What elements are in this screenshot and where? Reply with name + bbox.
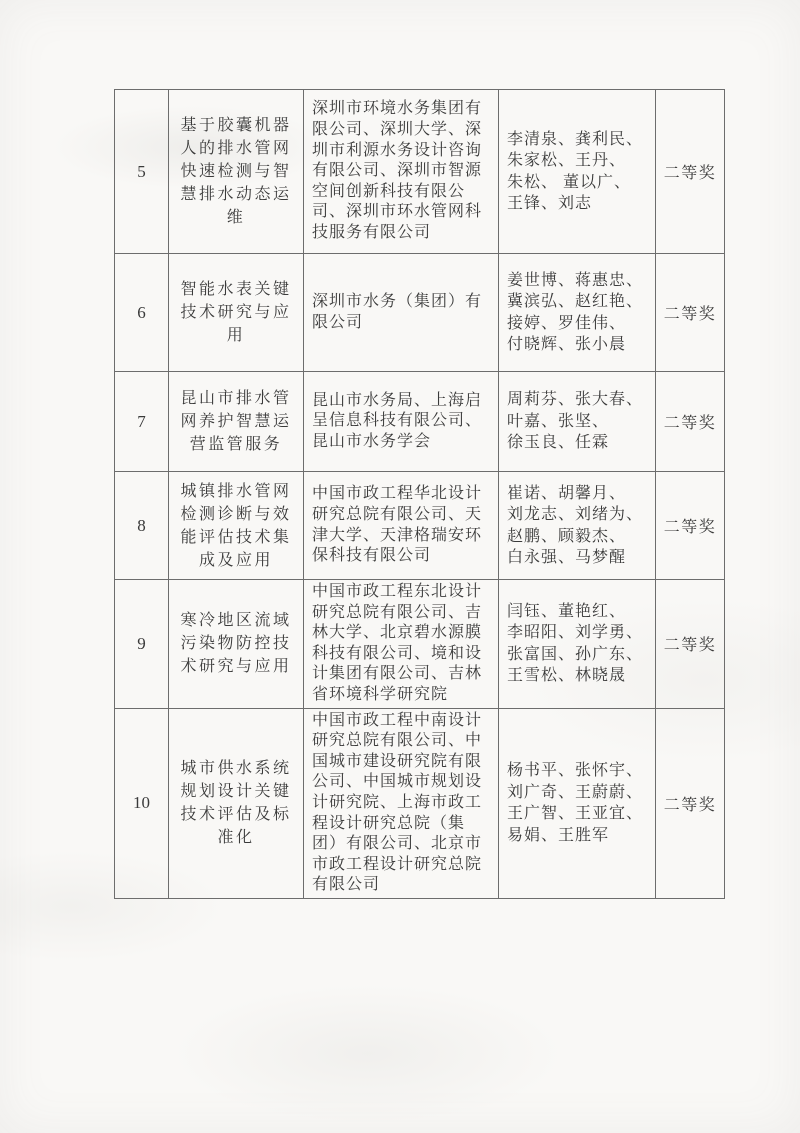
table-row: 8 城镇排水管网 检测诊断与效 能评估技术集 成及应用 中国市政工程华北设计 研…	[115, 472, 725, 580]
table-row: 5 基于胶囊机器 人的排水管网 快速检测与智 慧排水动态运 维 深圳市环境水务集…	[115, 90, 725, 254]
people-cell: 杨书平、张怀宇、 刘广奇、王蔚蔚、 王广智、王亚宜、 易娟、王胜军	[499, 708, 656, 898]
table-row: 6 智能水表关键 技术研究与应 用 深圳市水务（集团）有 限公司 姜世博、蒋惠忠…	[115, 254, 725, 372]
organizations-cell: 深圳市水务（集团）有 限公司	[304, 254, 499, 372]
row-number-cell: 10	[115, 708, 169, 898]
project-title-cell: 城镇排水管网 检测诊断与效 能评估技术集 成及应用	[169, 472, 304, 580]
organizations-cell: 中国市政工程华北设计 研究总院有限公司、天 津大学、天津格瑞安环 保科技有限公司	[304, 472, 499, 580]
row-number-cell: 6	[115, 254, 169, 372]
organizations-cell: 中国市政工程中南设计 研究总院有限公司、中 国城市建设研究院有限 公司、中国城市…	[304, 708, 499, 898]
scanned-page: 5 基于胶囊机器 人的排水管网 快速检测与智 慧排水动态运 维 深圳市环境水务集…	[0, 0, 800, 1133]
project-title-cell: 昆山市排水管 网养护智慧运 营监管服务	[169, 372, 304, 472]
organizations-cell: 深圳市环境水务集团有 限公司、深圳大学、深 圳市利源水务设计咨询 有限公司、深圳…	[304, 90, 499, 254]
row-number-cell: 8	[115, 472, 169, 580]
people-cell: 崔诺、胡馨月、 刘龙志、刘绪为、 赵鹏、顾毅杰、 白永强、马梦醒	[499, 472, 656, 580]
people-cell: 姜世博、蒋惠忠、 冀滨弘、赵红艳、 接婷、罗佳伟、 付晓辉、张小晨	[499, 254, 656, 372]
award-cell: 二等奖	[656, 580, 725, 709]
award-cell: 二等奖	[656, 472, 725, 580]
organizations-cell: 昆山市水务局、上海启 呈信息科技有限公司、 昆山市水务学会	[304, 372, 499, 472]
people-cell: 周莉芬、张大春、 叶嘉、张坚、 徐玉良、任霖	[499, 372, 656, 472]
award-cell: 二等奖	[656, 254, 725, 372]
people-cell: 闫钰、董艳红、 李昭阳、刘学勇、 张富国、孙广东、 王雪松、林晓晟	[499, 580, 656, 709]
table-row: 9 寒冷地区流域 污染物防控技 术研究与应用 中国市政工程东北设计 研究总院有限…	[115, 580, 725, 709]
award-cell: 二等奖	[656, 90, 725, 254]
organizations-cell: 中国市政工程东北设计 研究总院有限公司、吉 林大学、北京碧水源膜 科技有限公司、…	[304, 580, 499, 709]
row-number-cell: 7	[115, 372, 169, 472]
award-cell: 二等奖	[656, 708, 725, 898]
row-number-cell: 5	[115, 90, 169, 254]
award-table: 5 基于胶囊机器 人的排水管网 快速检测与智 慧排水动态运 维 深圳市环境水务集…	[114, 89, 725, 899]
table-row: 10 城市供水系统 规划设计关键 技术评估及标 准化 中国市政工程中南设计 研究…	[115, 708, 725, 898]
table-row: 7 昆山市排水管 网养护智慧运 营监管服务 昆山市水务局、上海启 呈信息科技有限…	[115, 372, 725, 472]
project-title-cell: 基于胶囊机器 人的排水管网 快速检测与智 慧排水动态运 维	[169, 90, 304, 254]
award-cell: 二等奖	[656, 372, 725, 472]
people-cell: 李清泉、龚利民、 朱家松、王丹、 朱松、 董以广、 王锋、刘志	[499, 90, 656, 254]
row-number-cell: 9	[115, 580, 169, 709]
project-title-cell: 城市供水系统 规划设计关键 技术评估及标 准化	[169, 708, 304, 898]
project-title-cell: 智能水表关键 技术研究与应 用	[169, 254, 304, 372]
project-title-cell: 寒冷地区流域 污染物防控技 术研究与应用	[169, 580, 304, 709]
